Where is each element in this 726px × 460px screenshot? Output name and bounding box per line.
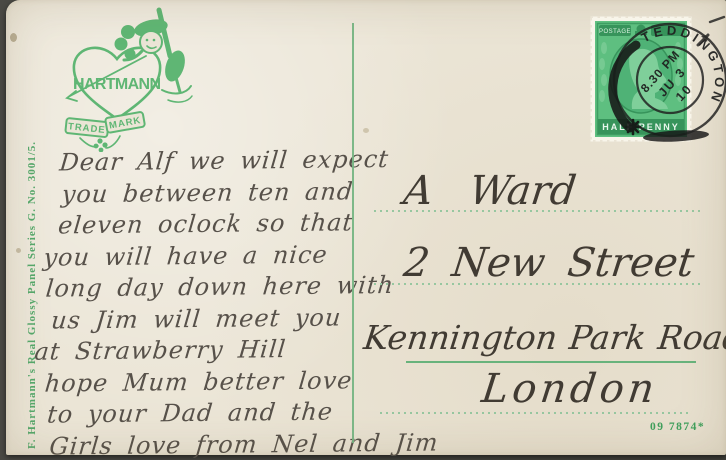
cancellation-star [626,120,640,134]
address-rule [380,412,692,414]
message-line: to your Dad and the [46,396,365,431]
message-line: Girls love from Nel and Jim [48,428,365,460]
paper-stain [16,248,21,253]
address-rule [374,210,704,212]
address-line-recipient: A Ward [401,168,578,214]
address-line-street: 2 New Street [401,240,696,286]
message-line: at Strawberry Hill [33,333,364,368]
address-line-road: Kennington Park Road [362,318,726,357]
hartmann-logo: HARTMANN TRADE MARK [58,4,198,152]
cancellation-arc [613,45,636,128]
serial-number: 09 7874* [650,421,705,433]
trade-ribbon: TRADE [65,118,108,137]
paper-stain [363,128,369,133]
scanner-background: HARTMANN TRADE MARK F. Hartmann's Real G… [0,0,726,460]
message-line: you will have a nice [42,239,363,274]
message-line: Dear Alf we will expect [58,144,362,179]
postmark: TEDDINGTON 8.30 PM JU 3 10 [602,14,726,154]
address-rule [374,283,700,285]
message-line: hope Mum better love [43,365,364,400]
message-line: us Jim will meet you [50,302,364,337]
postcard: HARTMANN TRADE MARK F. Hartmann's Real G… [6,0,726,455]
paint-blob [161,48,188,84]
message-handwriting: Dear Alf we will expect you between ten … [30,144,363,460]
cancellation-smudge [643,129,709,143]
flourish [162,86,191,93]
message-line: long day down here with [44,270,363,305]
figure-face [140,31,162,53]
message-line: eleven oclock so that [57,207,363,242]
logo-brand-text: HARTMANN [73,76,161,93]
address-line-city: London [479,366,661,412]
address-rule [406,361,696,363]
paper-stain [10,33,17,42]
message-line: you between ten and [60,176,362,211]
center-divider [352,23,354,443]
